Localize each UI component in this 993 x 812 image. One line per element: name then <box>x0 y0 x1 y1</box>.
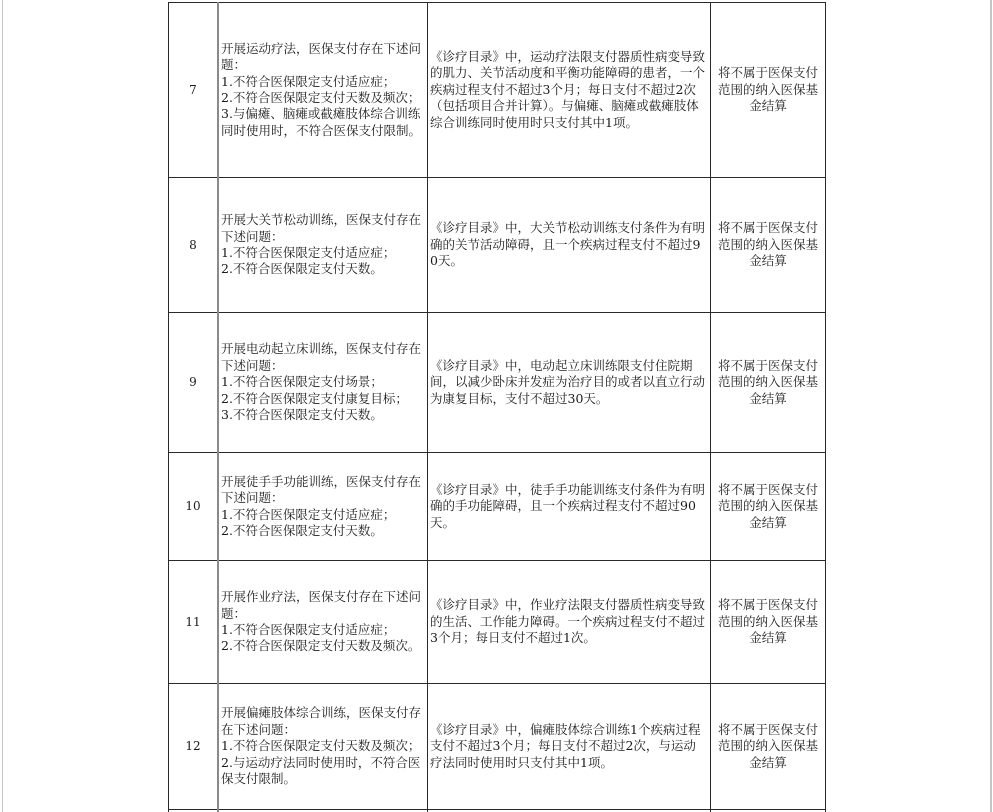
issue-description: 开展偏瘫肢体综合训练，医保支付存在下述问题： 1.不符合医保限定支付天数及频次；… <box>218 684 428 810</box>
issue-line: 3.不符合医保限定支付天数。 <box>221 407 425 423</box>
issue-line: 1.不符合医保限定支付天数及频次； <box>221 738 425 754</box>
table-row: 8 开展大关节松动训练，医保支付存在下述问题： 1.不符合医保限定支付适应症； … <box>169 178 826 313</box>
issue-line: 2.不符合医保限定支付天数及频次。 <box>221 638 425 654</box>
page-edge-right <box>990 0 992 812</box>
row-number: 7 <box>169 3 219 178</box>
issue-line: 1.不符合医保限定支付适应症； <box>221 245 425 261</box>
issue-line: 1.不符合医保限定支付适应症； <box>221 74 425 90</box>
table-row: 7 开展运动疗法，医保支付存在下述问题： 1.不符合医保限定支付适应症； 2.不… <box>169 3 826 178</box>
issue-description: 开展徒手手功能训练，医保支付存在下述问题： 1.不符合医保限定支付适应症； 2.… <box>218 453 428 561</box>
issue-line: 2.不符合医保限定支付天数。 <box>221 261 425 277</box>
policy-basis: 《诊疗目录》中，偏瘫肢体综合训练1个疾病过程支付不超过3个月；每日支付不超过2次… <box>428 684 711 810</box>
issue-description: 开展运动疗法，医保支付存在下述问题： 1.不符合医保限定支付适应症； 2.不符合… <box>218 3 428 178</box>
policy-basis: 《诊疗目录》中，大关节松动训练支付条件为有明确的关节活动障碍，且一个疾病过程支付… <box>428 178 711 313</box>
issue-line: 2.不符合医保限定支付康复目标； <box>221 391 425 407</box>
row-number: 12 <box>169 684 219 810</box>
table-row: 12 开展偏瘫肢体综合训练，医保支付存在下述问题： 1.不符合医保限定支付天数及… <box>169 684 826 810</box>
issue-description: 开展电动起立床训练，医保支付存在下述问题： 1.不符合医保限定支付场景； 2.不… <box>218 313 428 453</box>
issue-line: 1.不符合医保限定支付场景； <box>221 374 425 390</box>
row-number: 11 <box>169 561 219 684</box>
table-row: 11 开展作业疗法，医保支付存在下述问题： 1.不符合医保限定支付适应症； 2.… <box>169 561 826 684</box>
table-row: 9 开展电动起立床训练，医保支付存在下述问题： 1.不符合医保限定支付场景； 2… <box>169 313 826 453</box>
issue-line: 2.不符合医保限定支付天数。 <box>221 523 425 539</box>
issue-line: 开展大关节松动训练，医保支付存在下述问题： <box>221 212 425 245</box>
policy-basis: 《诊疗目录》中，电动起立床训练限支付住院期间，以减少卧床并发症为治疗目的或者以直… <box>428 313 711 453</box>
issues-table: 7 开展运动疗法，医保支付存在下述问题： 1.不符合医保限定支付适应症； 2.不… <box>168 2 826 812</box>
handling-action: 将不属于医保支付范围的纳入医保基金结算 <box>711 684 826 810</box>
policy-basis: 《诊疗目录》中，徒手手功能训练支付条件为有明确的手功能障碍，且一个疾病过程支付不… <box>428 453 711 561</box>
row-number: 10 <box>169 453 219 561</box>
policy-basis: 《诊疗目录》中，运动疗法限支付器质性病变导致的肌力、关节活动度和平衡功能障碍的患… <box>428 3 711 178</box>
handling-action: 将不属于医保支付范围的纳入医保基金结算 <box>711 178 826 313</box>
issue-line: 2.与运动疗法同时使用时，不符合医保支付限制。 <box>221 755 425 788</box>
handling-action: 将不属于医保支付范围的纳入医保基金结算 <box>711 561 826 684</box>
issue-description: 开展大关节松动训练，医保支付存在下述问题： 1.不符合医保限定支付适应症； 2.… <box>218 178 428 313</box>
issue-line: 1.不符合医保限定支付适应症； <box>221 507 425 523</box>
table-row: 10 开展徒手手功能训练，医保支付存在下述问题： 1.不符合医保限定支付适应症；… <box>169 453 826 561</box>
policy-basis: 《诊疗目录》中，作业疗法限支付器质性病变导致的生活、工作能力障碍。一个疾病过程支… <box>428 561 711 684</box>
handling-action: 将不属于医保支付范围的纳入医保基金结算 <box>711 453 826 561</box>
issue-line: 3.与偏瘫、脑瘫或截瘫肢体综合训练同时使用时，不符合医保支付限制。 <box>221 106 425 139</box>
row-number: 8 <box>169 178 219 313</box>
handling-action: 将不属于医保支付范围的纳入医保基金结算 <box>711 313 826 453</box>
issue-line: 1.不符合医保限定支付适应症； <box>221 622 425 638</box>
handling-action: 将不属于医保支付范围的纳入医保基金结算 <box>711 3 826 178</box>
issue-line: 开展电动起立床训练，医保支付存在下述问题： <box>221 341 425 374</box>
issue-line: 开展偏瘫肢体综合训练，医保支付存在下述问题： <box>221 705 425 738</box>
issue-line: 2.不符合医保限定支付天数及频次； <box>221 90 425 106</box>
issue-line: 开展徒手手功能训练，医保支付存在下述问题： <box>221 474 425 507</box>
page-edge-left <box>2 0 3 812</box>
issue-line: 开展作业疗法，医保支付存在下述问题： <box>221 589 425 622</box>
issue-line: 开展运动疗法，医保支付存在下述问题： <box>221 41 425 74</box>
issue-description: 开展作业疗法，医保支付存在下述问题： 1.不符合医保限定支付适应症； 2.不符合… <box>218 561 428 684</box>
row-number: 9 <box>169 313 219 453</box>
